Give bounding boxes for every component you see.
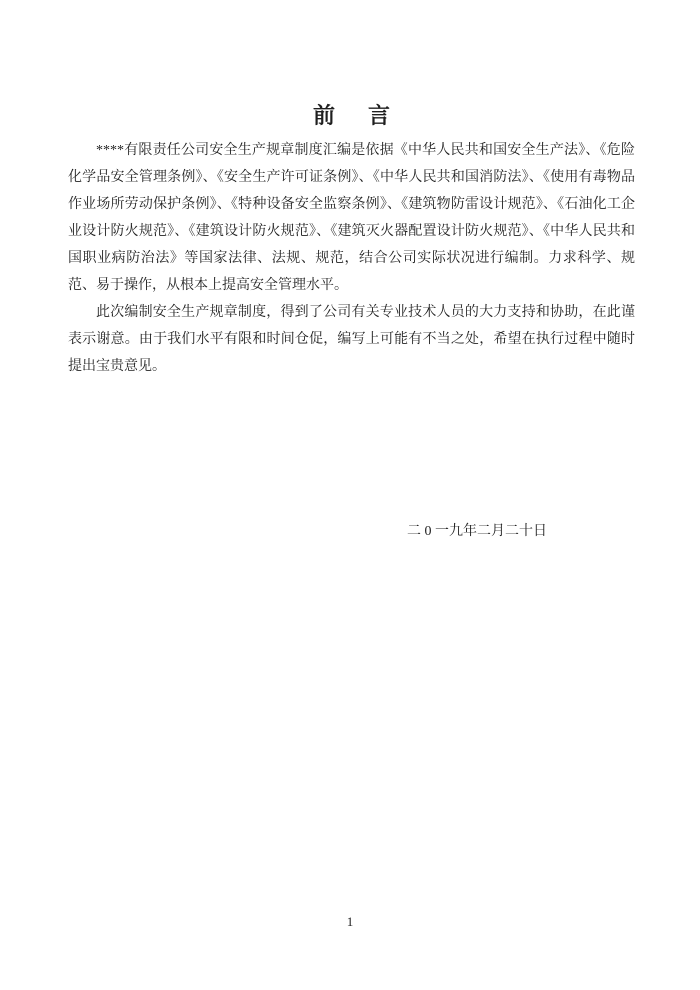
preface-paragraph-2: 此次编制安全生产规章制度，得到了公司有关专业技术人员的大力支持和协助，在此谨表示… <box>68 299 635 380</box>
page-number: 1 <box>0 914 700 930</box>
document-page: 前 言 ****有限责任公司安全生产规章制度汇编是依据《中华人民共和国安全生产法… <box>0 0 700 990</box>
document-date: 二 0 一九年二月二十日 <box>68 518 635 545</box>
document-title: 前 言 <box>68 102 635 129</box>
preface-paragraph-1: ****有限责任公司安全生产规章制度汇编是依据《中华人民共和国安全生产法》、《危… <box>68 137 635 299</box>
